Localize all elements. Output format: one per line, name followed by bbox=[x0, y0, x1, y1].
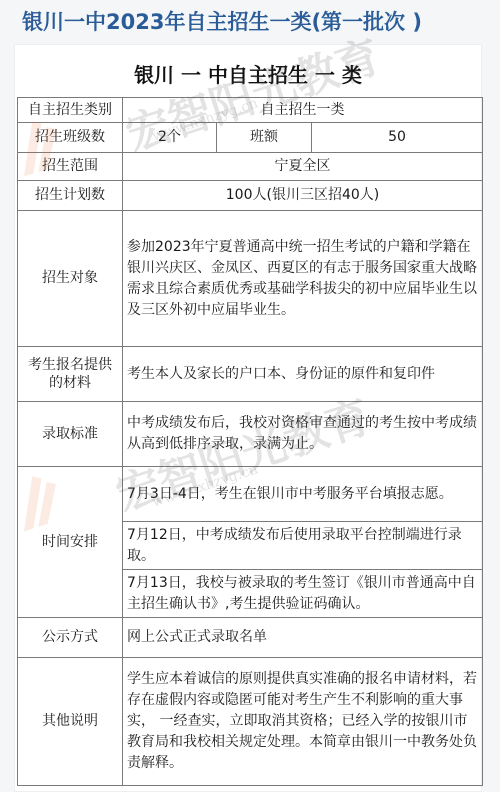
schedule-label: 时间安排 bbox=[18, 467, 123, 618]
materials-value: 考生本人及家长的户口本、身份证的原件和复印件 bbox=[123, 347, 483, 402]
table-row: 招生班级数 2个 班额 50 bbox=[18, 123, 483, 153]
table-row: 招生计划数 100人(银川三区招40人) bbox=[18, 181, 483, 211]
target-label: 招生对象 bbox=[18, 211, 123, 347]
admission-info-table: 自主招生类别 自主招生一类 招生班级数 2个 班额 50 招生范围 宁夏全区 招… bbox=[17, 97, 483, 786]
plan-label: 招生计划数 bbox=[18, 181, 123, 211]
card-title: 银川 一 中自主招生 一 类 bbox=[15, 59, 481, 88]
table-row: 其他说明 学生应本着诚信的原则提供真实准确的报名申请材料，若存在虚假内容或隐匿可… bbox=[18, 658, 483, 786]
table-row: 公示方式 网上公式正式录取名单 bbox=[18, 618, 483, 658]
table-row: 录取标准 中考成绩发布后，我校对资格审查通过的考生按中考成绩从高到低排序录取，录… bbox=[18, 402, 483, 467]
table-row: 招生范围 宁夏全区 bbox=[18, 153, 483, 181]
category-value: 自主招生一类 bbox=[123, 98, 483, 123]
table-row: 招生对象 参加2023年宁夏普通高中统一招生考试的户籍和学籍在银川兴庆区、金凤区… bbox=[18, 211, 483, 347]
schedule-item: 7月3日-4日，考生在银川市中考服务平台填报志愿。 bbox=[123, 467, 483, 522]
publicity-label: 公示方式 bbox=[18, 618, 123, 658]
quota-value: 50 bbox=[312, 123, 483, 153]
target-value: 参加2023年宁夏普通高中统一招生考试的户籍和学籍在银川兴庆区、金凤区、西夏区的… bbox=[123, 211, 483, 347]
other-label: 其他说明 bbox=[18, 658, 123, 786]
classes-label: 招生班级数 bbox=[18, 123, 123, 153]
admission-value: 中考成绩发布后，我校对资格审查通过的考生按中考成绩从高到低排序录取，录满为止。 bbox=[123, 402, 483, 467]
category-label: 自主招生类别 bbox=[18, 98, 123, 123]
schedule-item: 7月12日，中考成绩发布后使用录取平台控制端进行录取。 bbox=[123, 522, 483, 570]
scope-label: 招生范围 bbox=[18, 153, 123, 181]
schedule-item: 7月13日，我校与被录取的考生签订《银川市普通高中自主招生确认书》,考生提供验证… bbox=[123, 570, 483, 618]
classes-value: 2个 bbox=[123, 123, 217, 153]
document-card: 银川 一 中自主招生 一 类 自主招生类别 自主招生一类 招生班级数 2个 班额… bbox=[14, 44, 482, 792]
plan-value: 100人(银川三区招40人) bbox=[123, 181, 483, 211]
other-value: 学生应本着诚信的原则提供真实准确的报名申请材料，若存在虚假内容或隐匿可能对考生产… bbox=[123, 658, 483, 786]
materials-label: 考生报名提供的材料 bbox=[18, 347, 123, 402]
scope-value: 宁夏全区 bbox=[123, 153, 483, 181]
table-row: 考生报名提供的材料 考生本人及家长的户口本、身份证的原件和复印件 bbox=[18, 347, 483, 402]
table-row: 时间安排 7月3日-4日，考生在银川市中考服务平台填报志愿。 bbox=[18, 467, 483, 522]
table-row: 自主招生类别 自主招生一类 bbox=[18, 98, 483, 123]
quota-label: 班额 bbox=[217, 123, 312, 153]
publicity-value: 网上公式正式录取名单 bbox=[123, 618, 483, 658]
page-title: 银川一中2023年自主招生一类(第一批次 ) bbox=[22, 6, 422, 36]
admission-label: 录取标准 bbox=[18, 402, 123, 467]
